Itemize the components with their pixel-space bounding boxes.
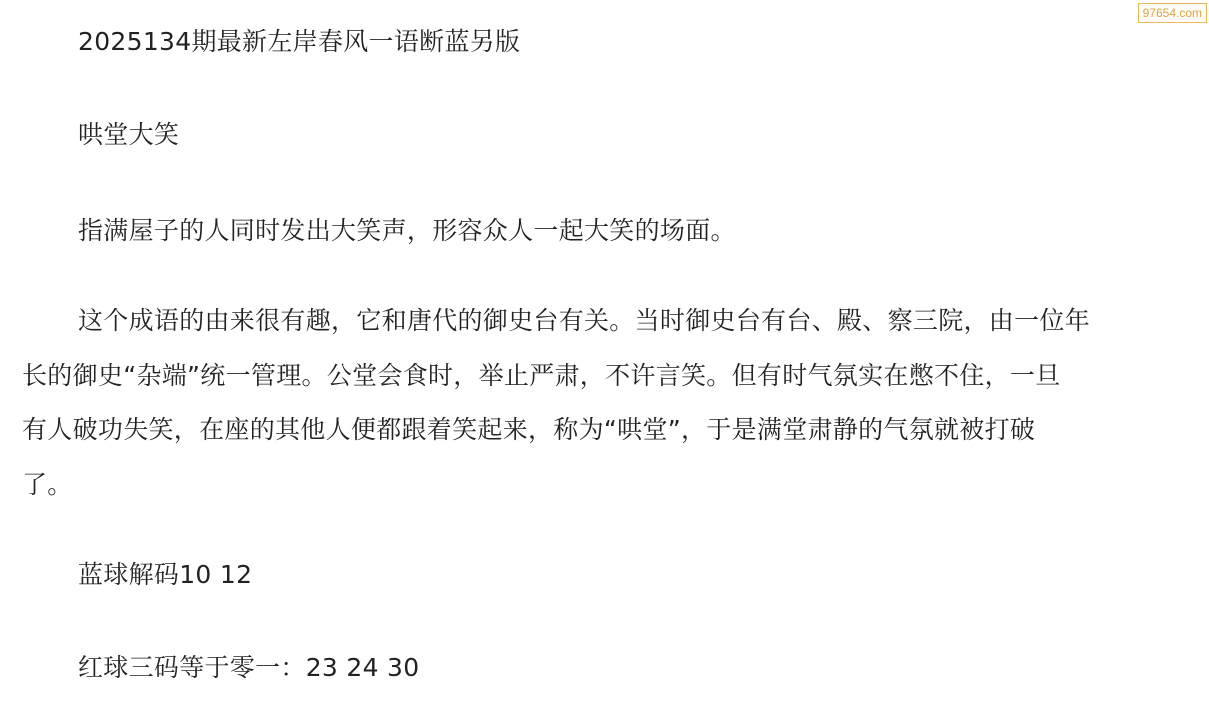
article-title: 2025134期最新左岸春风一语断蓝另版 <box>22 20 1172 64</box>
origin-line: 了。 <box>22 463 1172 507</box>
origin-line: 有人破功失笑，在座的其他人便都跟着笑起来，称为“哄堂”，于是满堂肃静的气氛就被打… <box>22 408 1172 452</box>
origin-line: 长的御史“杂端”统一管理。公堂会食时，举止严肃，不许言笑。但有时气氛实在憋不住，… <box>22 354 1172 398</box>
red-ball-prediction: 红球三码等于零一：23 24 30 <box>22 646 1172 690</box>
idiom-definition: 指满屋子的人同时发出大笑声，形容众人一起大笑的场面。 <box>22 209 1172 253</box>
origin-line: 这个成语的由来很有趣，它和唐代的御史台有关。当时御史台有台、殿、察三院，由一位年 <box>22 299 1172 343</box>
idiom-heading: 哄堂大笑 <box>22 113 1172 157</box>
blue-ball-prediction: 蓝球解码10 12 <box>22 553 1172 597</box>
